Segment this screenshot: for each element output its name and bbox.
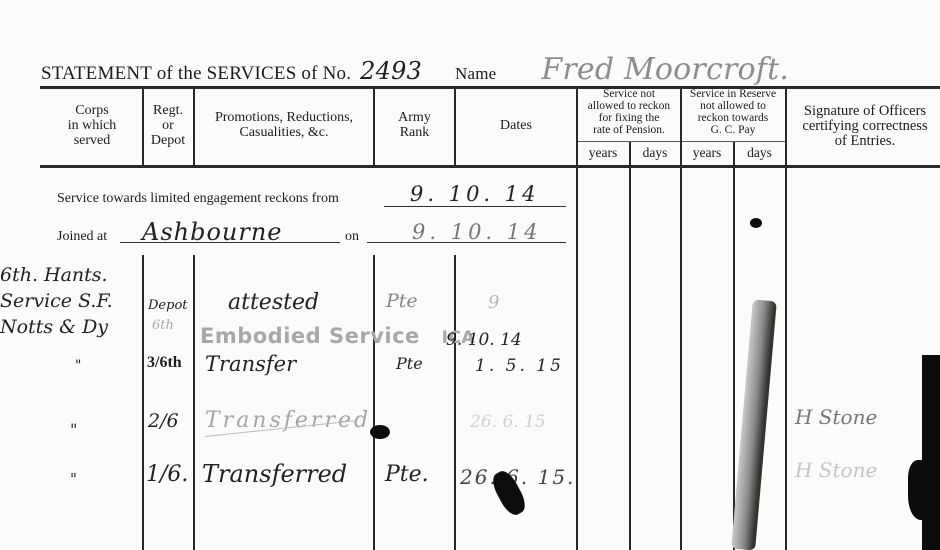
col-divider — [373, 255, 375, 550]
header-pension-line: for fixing the — [577, 112, 681, 124]
row-2-stamp: Embodied Service ICA — [200, 324, 475, 348]
row-3-promotion: Transfer — [205, 352, 296, 376]
row-4-regt: 2/6 — [148, 410, 179, 432]
col-divider — [454, 255, 456, 550]
header-regt-line: Depot — [143, 133, 193, 148]
header-rank-line: Rank — [375, 125, 454, 140]
header-signature-line: certifying correctness — [790, 119, 940, 134]
torn-edge — [922, 355, 940, 550]
header-signature: Signature of Officers certifying correct… — [790, 104, 940, 149]
header-promotions: Promotions, Reductions, Casualities, &c. — [195, 110, 373, 140]
engagement-date: 9. 10. 14 — [410, 182, 540, 206]
name-value: Fred Moorcroft. — [541, 52, 789, 87]
row-1-promotion: attested — [228, 290, 319, 315]
row-1-regt: Depot — [148, 298, 188, 313]
row-4-corps: " — [70, 420, 77, 439]
header-promotions-line: Promotions, Reductions, — [195, 110, 373, 125]
row-1-date: 9 — [488, 292, 499, 313]
header-reserve-line: not allowed to — [681, 100, 785, 112]
col-divider — [142, 255, 144, 550]
ink-spot — [750, 218, 762, 228]
col-divider — [785, 88, 787, 550]
service-number: 2493 — [360, 57, 422, 85]
header-dates: Dates — [456, 118, 576, 133]
header-regt-line: or — [143, 118, 193, 133]
header-corps-line: served — [42, 133, 142, 148]
row-3-date: 1. 5. 15 — [475, 356, 564, 376]
header-corps: Corps in which served — [42, 103, 142, 148]
header-promotions-line: Casualities, &c. — [195, 125, 373, 140]
row-3-corps: " — [75, 358, 81, 374]
header-regt-line: Regt. — [143, 103, 193, 118]
header-signature-line: of Entries. — [790, 134, 940, 149]
header-rank: Army Rank — [375, 110, 454, 140]
col-divider — [193, 255, 195, 550]
header-reserve-days: days — [734, 145, 785, 160]
header-reserve-years: years — [681, 145, 733, 160]
row-2-regt: 6th — [152, 318, 174, 333]
col-divider — [733, 142, 735, 550]
joined-on-label: on — [345, 229, 359, 245]
signature-1: H Stone — [795, 405, 877, 429]
header-rank-line: Army — [375, 110, 454, 125]
header-signature-line: Signature of Officers — [790, 104, 940, 119]
document-title: STATEMENT of the SERVICES of No. 2493 Na… — [41, 52, 789, 87]
header-reserve-line: G. C. Pay — [681, 124, 785, 136]
header-regt: Regt. or Depot — [143, 103, 193, 148]
header-reserve: Service in Reserve not allowed to reckon… — [681, 88, 785, 136]
row-3-rank: Pte — [396, 354, 423, 373]
engagement-label: Service towards limited engagement recko… — [57, 191, 339, 207]
header-corps-line: in which — [42, 118, 142, 133]
ink-blot — [370, 425, 390, 439]
header-pension-line: rate of Pension. — [577, 124, 681, 136]
row-1-corps: 6th. Hants. Service S.F. Notts & Dy — [0, 262, 113, 340]
header-reserve-line: reckon towards — [681, 112, 785, 124]
title-prefix: STATEMENT of the SERVICES of No. — [41, 63, 351, 84]
corps-line: Service S.F. — [0, 288, 113, 314]
row-5-promotion: Transferred — [202, 460, 347, 488]
header-pension: Service not allowed to reckon for fixing… — [577, 88, 681, 136]
header-corps-line: Corps — [42, 103, 142, 118]
corps-line: 6th. Hants. — [0, 262, 113, 288]
header-pension-years: years — [577, 145, 629, 160]
signature-2: H Stone — [795, 458, 877, 482]
col-divider — [629, 142, 631, 550]
row-5-rank: Pte. — [385, 462, 429, 487]
header-pension-line: Service not — [577, 88, 681, 100]
header-bottom-rule — [40, 165, 940, 168]
joined-label: Joined at — [57, 229, 107, 245]
header-top-rule — [40, 86, 940, 89]
row-5-regt: 1/6. — [146, 462, 188, 487]
corps-line: Notts & Dy — [0, 314, 113, 340]
name-label: Name — [455, 64, 496, 83]
header-pension-days: days — [630, 145, 680, 160]
row-3-regt: 3/6th — [147, 354, 182, 372]
torn-edge — [908, 460, 940, 520]
row-1-rank: Pte — [386, 290, 418, 312]
header-pension-line: allowed to reckon — [577, 100, 681, 112]
row-5-corps: " — [70, 470, 77, 488]
stamp-text: Embodied Service — [200, 324, 420, 348]
header-reserve-line: Service in Reserve — [681, 88, 785, 100]
joined-place: Ashbourne — [142, 218, 283, 246]
paper-smear — [731, 299, 777, 550]
joined-date: 9. 10. 14 — [412, 220, 542, 244]
row-2-date: 9. 10. 14 — [446, 330, 522, 350]
row-4-date: 26. 6. 15 — [470, 412, 546, 432]
